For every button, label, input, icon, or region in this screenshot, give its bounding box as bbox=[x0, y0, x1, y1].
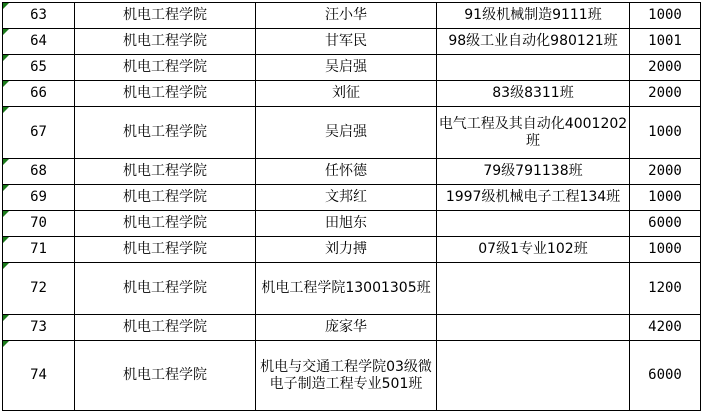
cell-amount[interactable]: 6000 bbox=[630, 341, 701, 411]
cell-name[interactable]: 刘力搏 bbox=[256, 237, 437, 263]
cell-department[interactable]: 机电工程学院 bbox=[75, 107, 256, 159]
table-row: 64机电工程学院甘军民98级工业自动化980121班1001 bbox=[3, 29, 701, 55]
cell-class[interactable]: 电气工程及其自动化4001202班 bbox=[437, 107, 630, 159]
cell-amount[interactable]: 2000 bbox=[630, 159, 701, 185]
cell-amount-text: 2000 bbox=[648, 163, 682, 179]
cell-name-text: 刘力搏 bbox=[325, 241, 367, 257]
cell-name-text: 吴启强 bbox=[325, 124, 367, 140]
number-stored-as-text-indicator-icon bbox=[3, 81, 9, 87]
cell-amount[interactable]: 6000 bbox=[630, 211, 701, 237]
cell-name-text: 刘征 bbox=[332, 85, 360, 101]
number-stored-as-text-indicator-icon bbox=[3, 29, 9, 35]
cell-class-text: 98级工业自动化980121班 bbox=[448, 33, 617, 49]
cell-number[interactable]: 66 bbox=[3, 81, 75, 107]
cell-amount-text: 1000 bbox=[648, 189, 682, 205]
cell-department[interactable]: 机电工程学院 bbox=[75, 81, 256, 107]
cell-department-text: 机电工程学院 bbox=[123, 163, 207, 179]
cell-department-text: 机电工程学院 bbox=[123, 367, 207, 383]
table-row: 73机电工程学院庞家华4200 bbox=[3, 315, 701, 341]
cell-name-text: 吴启强 bbox=[325, 59, 367, 75]
cell-number-text: 74 bbox=[30, 367, 47, 383]
table-row: 65机电工程学院吴启强2000 bbox=[3, 55, 701, 81]
cell-department-text: 机电工程学院 bbox=[123, 319, 207, 335]
cell-department[interactable]: 机电工程学院 bbox=[75, 315, 256, 341]
cell-number[interactable]: 65 bbox=[3, 55, 75, 81]
cell-number-text: 72 bbox=[30, 280, 47, 296]
cell-name-text: 甘军民 bbox=[325, 33, 367, 49]
cell-amount[interactable]: 2000 bbox=[630, 81, 701, 107]
cell-number[interactable]: 64 bbox=[3, 29, 75, 55]
cell-name[interactable]: 汪小华 bbox=[256, 3, 437, 29]
cell-class[interactable]: 07级1专业102班 bbox=[437, 237, 630, 263]
cell-number-text: 66 bbox=[30, 85, 47, 101]
cell-department[interactable]: 机电工程学院 bbox=[75, 341, 256, 411]
cell-number-text: 68 bbox=[30, 163, 47, 179]
cell-amount-text: 2000 bbox=[648, 85, 682, 101]
number-stored-as-text-indicator-icon bbox=[3, 107, 9, 113]
cell-amount-text: 6000 bbox=[648, 215, 682, 231]
cell-number-text: 69 bbox=[30, 189, 47, 205]
cell-amount[interactable]: 1000 bbox=[630, 185, 701, 211]
cell-class[interactable]: 1997级机械电子工程134班 bbox=[437, 185, 630, 211]
cell-class[interactable]: 91级机械制造9111班 bbox=[437, 3, 630, 29]
cell-name[interactable]: 田旭东 bbox=[256, 211, 437, 237]
cell-number[interactable]: 71 bbox=[3, 237, 75, 263]
cell-department-text: 机电工程学院 bbox=[123, 85, 207, 101]
cell-amount[interactable]: 1200 bbox=[630, 263, 701, 315]
cell-department[interactable]: 机电工程学院 bbox=[75, 237, 256, 263]
cell-department-text: 机电工程学院 bbox=[123, 124, 207, 140]
cell-amount-text: 2000 bbox=[648, 59, 682, 75]
cell-number-text: 67 bbox=[30, 124, 47, 140]
cell-amount[interactable]: 1000 bbox=[630, 3, 701, 29]
number-stored-as-text-indicator-icon bbox=[3, 211, 9, 217]
cell-class[interactable] bbox=[437, 341, 630, 411]
cell-amount-text: 1000 bbox=[648, 124, 682, 140]
cell-name[interactable]: 刘征 bbox=[256, 81, 437, 107]
table-row: 71机电工程学院刘力搏07级1专业102班1000 bbox=[3, 237, 701, 263]
number-stored-as-text-indicator-icon bbox=[3, 185, 9, 191]
cell-number[interactable]: 70 bbox=[3, 211, 75, 237]
cell-amount-text: 1000 bbox=[648, 241, 682, 257]
cell-name-text: 机电与交通工程学院03级微电子制造工程专业501班 bbox=[260, 359, 432, 392]
cell-department[interactable]: 机电工程学院 bbox=[75, 55, 256, 81]
cell-name[interactable]: 吴启强 bbox=[256, 55, 437, 81]
cell-name-text: 汪小华 bbox=[325, 7, 367, 23]
cell-class[interactable]: 79级791138班 bbox=[437, 159, 630, 185]
cell-name-text: 机电工程学院13001305班 bbox=[261, 280, 430, 296]
donation-table: 63机电工程学院汪小华91级机械制造9111班100064机电工程学院甘军民98… bbox=[2, 2, 701, 411]
cell-class[interactable] bbox=[437, 263, 630, 315]
cell-department[interactable]: 机电工程学院 bbox=[75, 3, 256, 29]
cell-name[interactable]: 吴启强 bbox=[256, 107, 437, 159]
cell-amount-text: 4200 bbox=[648, 319, 682, 335]
cell-number-text: 71 bbox=[30, 241, 47, 257]
cell-name[interactable]: 甘军民 bbox=[256, 29, 437, 55]
table-row: 69机电工程学院文邦红1997级机械电子工程134班1000 bbox=[3, 185, 701, 211]
cell-number-text: 73 bbox=[30, 319, 47, 335]
number-stored-as-text-indicator-icon bbox=[3, 341, 9, 347]
cell-class-text: 79级791138班 bbox=[483, 163, 582, 179]
cell-name[interactable]: 任怀德 bbox=[256, 159, 437, 185]
cell-name[interactable]: 机电与交通工程学院03级微电子制造工程专业501班 bbox=[256, 341, 437, 411]
cell-class[interactable] bbox=[437, 55, 630, 81]
cell-number[interactable]: 63 bbox=[3, 3, 75, 29]
cell-class[interactable]: 98级工业自动化980121班 bbox=[437, 29, 630, 55]
cell-department[interactable]: 机电工程学院 bbox=[75, 211, 256, 237]
table-body: 63机电工程学院汪小华91级机械制造9111班100064机电工程学院甘军民98… bbox=[3, 3, 701, 411]
cell-number[interactable]: 68 bbox=[3, 159, 75, 185]
table-row: 68机电工程学院任怀德79级791138班2000 bbox=[3, 159, 701, 185]
number-stored-as-text-indicator-icon bbox=[3, 263, 9, 269]
cell-name[interactable]: 文邦红 bbox=[256, 185, 437, 211]
cell-amount[interactable]: 2000 bbox=[630, 55, 701, 81]
cell-number[interactable]: 74 bbox=[3, 341, 75, 411]
cell-department-text: 机电工程学院 bbox=[123, 280, 207, 296]
table-row: 74机电工程学院机电与交通工程学院03级微电子制造工程专业501班6000 bbox=[3, 341, 701, 411]
cell-number[interactable]: 69 bbox=[3, 185, 75, 211]
cell-name-text: 庞家华 bbox=[325, 319, 367, 335]
cell-amount[interactable]: 1000 bbox=[630, 107, 701, 159]
number-stored-as-text-indicator-icon bbox=[3, 3, 9, 9]
table-row: 63机电工程学院汪小华91级机械制造9111班1000 bbox=[3, 3, 701, 29]
cell-department[interactable]: 机电工程学院 bbox=[75, 159, 256, 185]
number-stored-as-text-indicator-icon bbox=[3, 55, 9, 61]
cell-amount-text: 1000 bbox=[648, 7, 682, 23]
cell-class[interactable]: 83级8311班 bbox=[437, 81, 630, 107]
cell-name[interactable]: 机电工程学院13001305班 bbox=[256, 263, 437, 315]
number-stored-as-text-indicator-icon bbox=[3, 315, 9, 321]
cell-name[interactable]: 庞家华 bbox=[256, 315, 437, 341]
number-stored-as-text-indicator-icon bbox=[3, 159, 9, 165]
cell-name-text: 文邦红 bbox=[325, 189, 367, 205]
cell-number-text: 63 bbox=[30, 7, 47, 23]
cell-department-text: 机电工程学院 bbox=[123, 215, 207, 231]
cell-number-text: 70 bbox=[30, 215, 47, 231]
cell-class[interactable] bbox=[437, 211, 630, 237]
cell-amount-text: 6000 bbox=[648, 367, 682, 383]
cell-amount[interactable]: 4200 bbox=[630, 315, 701, 341]
cell-name-text: 田旭东 bbox=[325, 215, 367, 231]
cell-number-text: 65 bbox=[30, 59, 47, 75]
table-row: 70机电工程学院田旭东6000 bbox=[3, 211, 701, 237]
cell-department-text: 机电工程学院 bbox=[123, 33, 207, 49]
cell-class-text: 83级8311班 bbox=[492, 85, 573, 101]
cell-amount-text: 1200 bbox=[648, 280, 682, 296]
table-row: 67机电工程学院吴启强电气工程及其自动化4001202班1000 bbox=[3, 107, 701, 159]
cell-number[interactable]: 72 bbox=[3, 263, 75, 315]
cell-department-text: 机电工程学院 bbox=[123, 7, 207, 23]
cell-class-text: 1997级机械电子工程134班 bbox=[446, 189, 620, 205]
cell-amount[interactable]: 1001 bbox=[630, 29, 701, 55]
cell-department-text: 机电工程学院 bbox=[123, 241, 207, 257]
cell-number-text: 64 bbox=[30, 33, 47, 49]
table-row: 66机电工程学院刘征83级8311班2000 bbox=[3, 81, 701, 107]
number-stored-as-text-indicator-icon bbox=[3, 237, 9, 243]
cell-department[interactable]: 机电工程学院 bbox=[75, 185, 256, 211]
cell-class-text: 电气工程及其自动化4001202班 bbox=[439, 116, 627, 149]
cell-class[interactable] bbox=[437, 315, 630, 341]
cell-department-text: 机电工程学院 bbox=[123, 59, 207, 75]
cell-amount-text: 1001 bbox=[648, 33, 682, 49]
cell-department[interactable]: 机电工程学院 bbox=[75, 29, 256, 55]
cell-name-text: 任怀德 bbox=[325, 163, 367, 179]
cell-class-text: 91级机械制造9111班 bbox=[464, 7, 601, 23]
cell-department-text: 机电工程学院 bbox=[123, 189, 207, 205]
spreadsheet: 63机电工程学院汪小华91级机械制造9111班100064机电工程学院甘军民98… bbox=[2, 2, 701, 411]
cell-amount[interactable]: 1000 bbox=[630, 237, 701, 263]
table-row: 72机电工程学院机电工程学院13001305班1200 bbox=[3, 263, 701, 315]
cell-department[interactable]: 机电工程学院 bbox=[75, 263, 256, 315]
cell-number[interactable]: 67 bbox=[3, 107, 75, 159]
cell-class-text: 07级1专业102班 bbox=[478, 241, 587, 257]
cell-number[interactable]: 73 bbox=[3, 315, 75, 341]
